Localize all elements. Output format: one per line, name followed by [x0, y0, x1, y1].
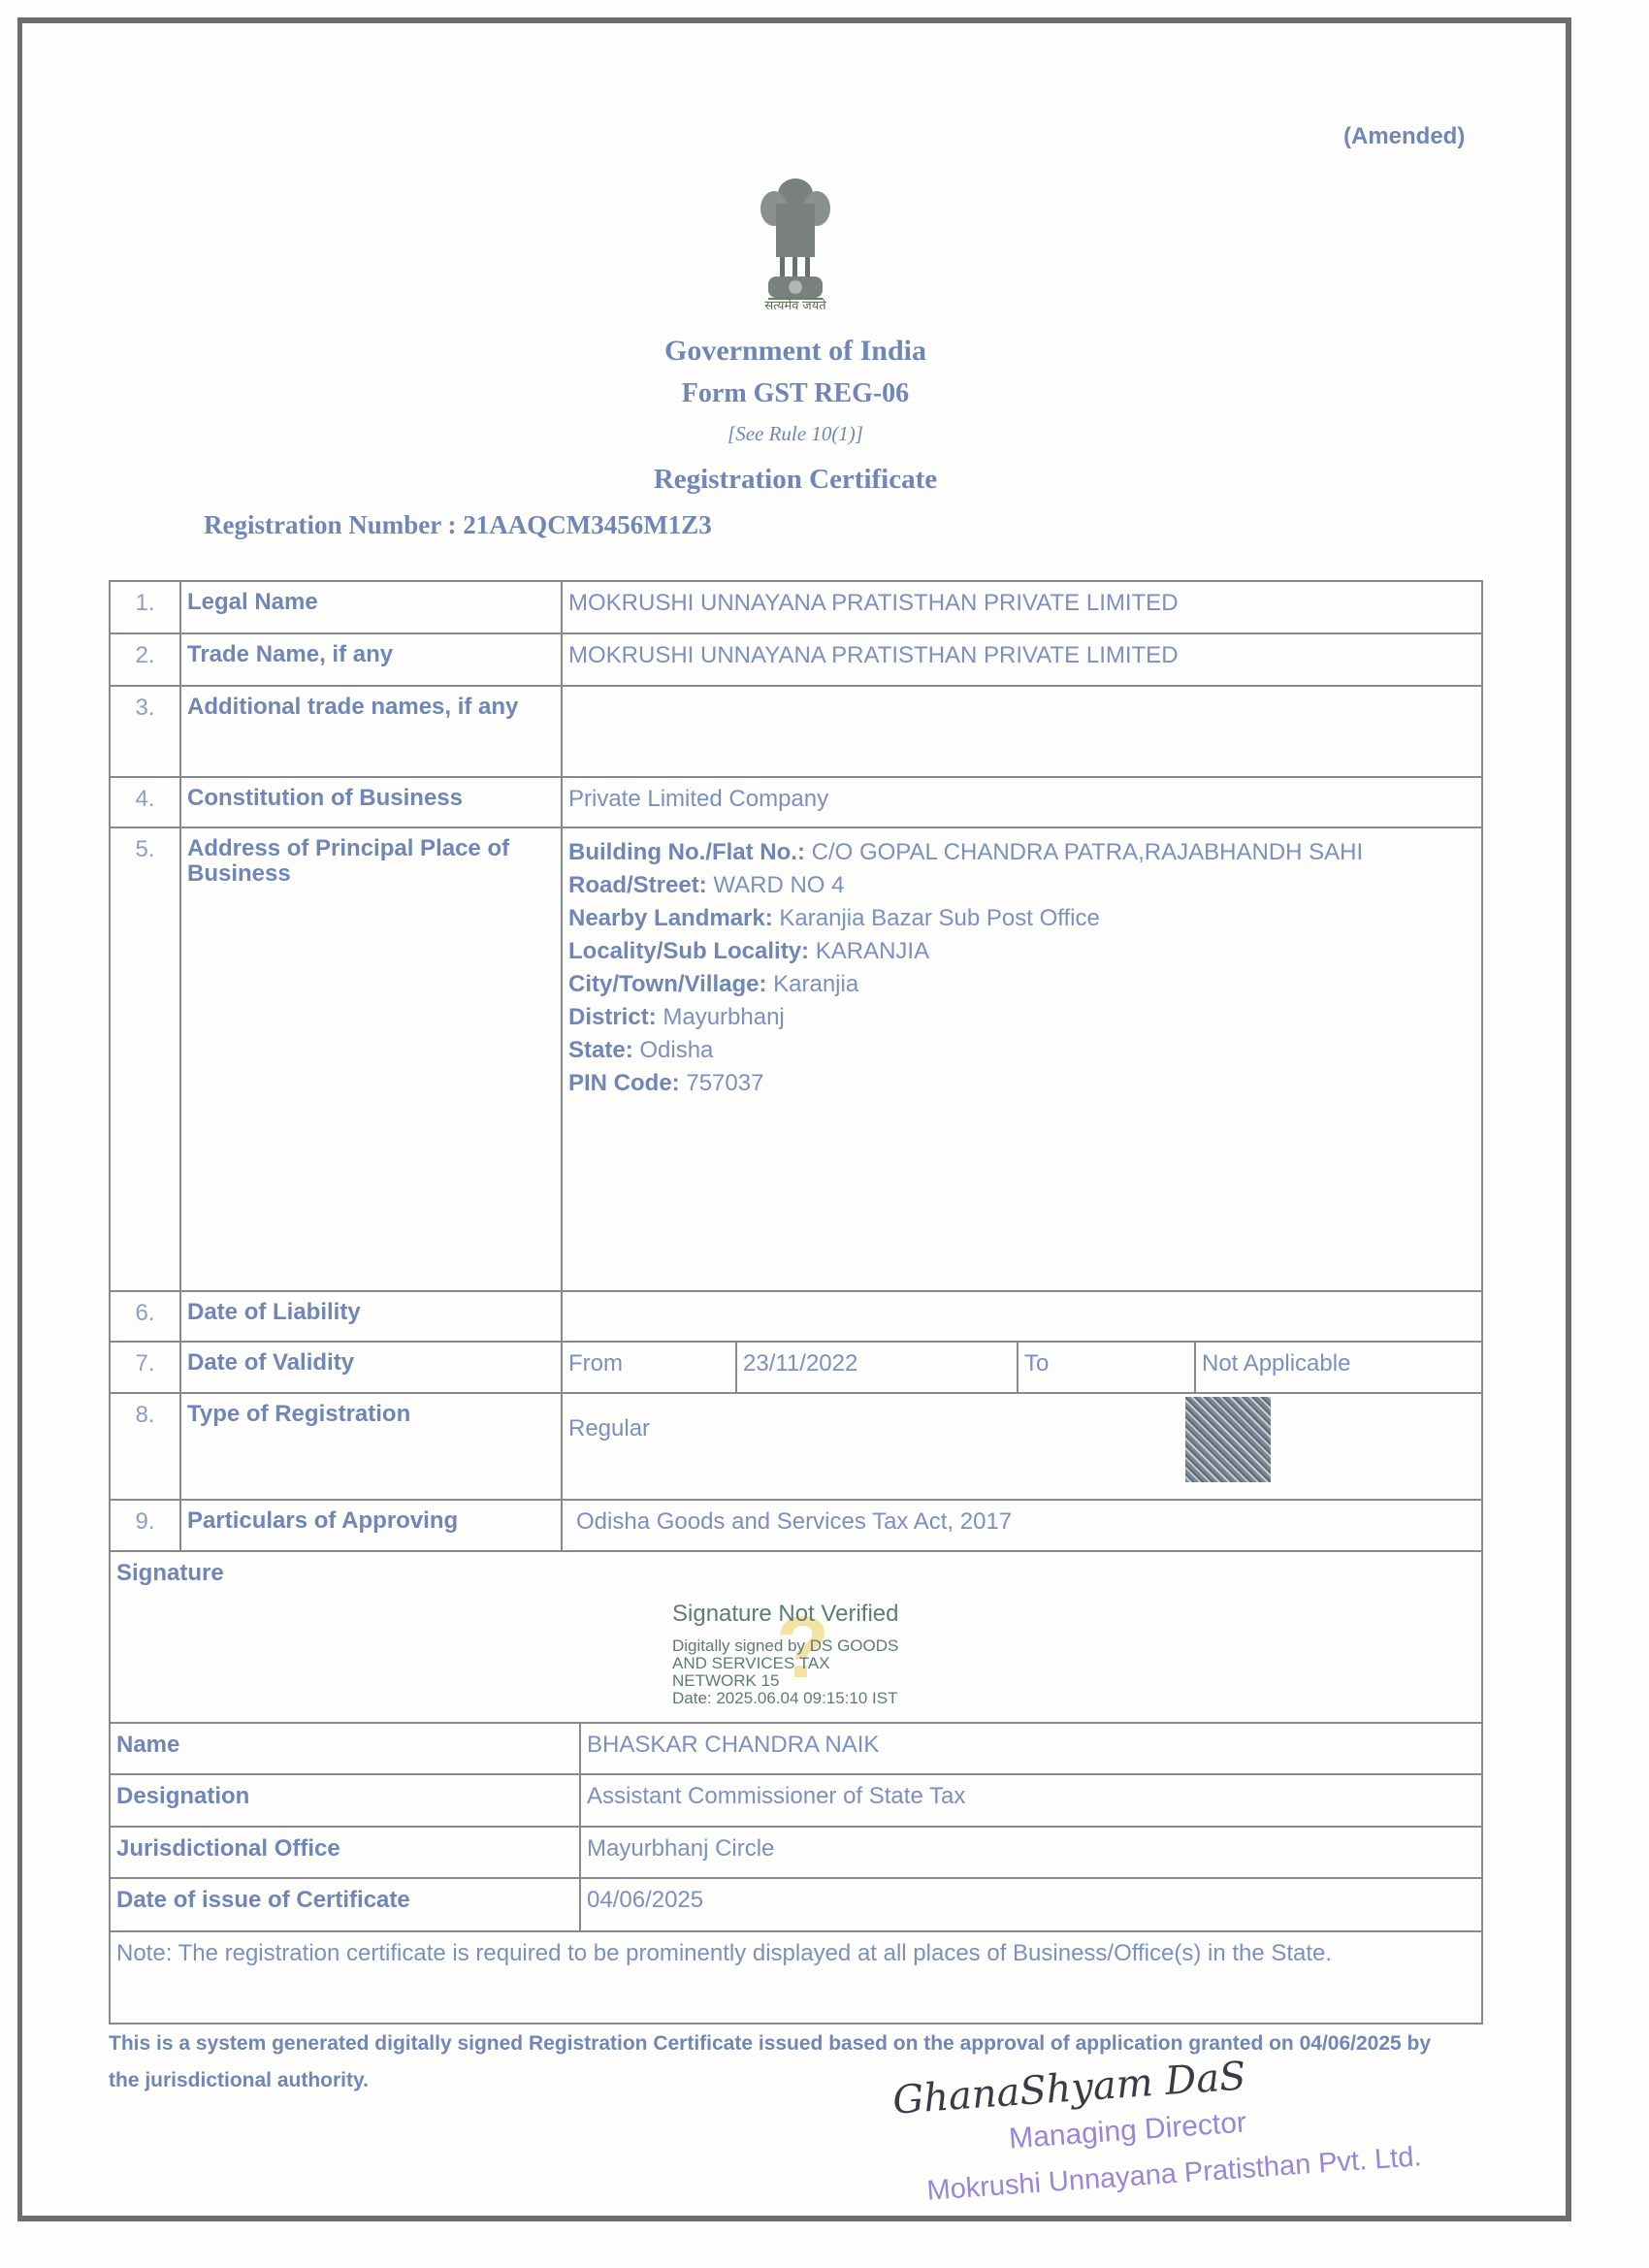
- row-label: Type of Registration: [180, 1393, 562, 1500]
- row-number: 5.: [110, 827, 180, 1291]
- table-row: Note: The registration certificate is re…: [110, 1931, 1482, 2024]
- row-number: 8.: [110, 1393, 180, 1500]
- row-number: 7.: [110, 1342, 180, 1393]
- address-line: PIN Code: 757037: [568, 1067, 1475, 1100]
- address-line: Nearby Landmark: Karanjia Bazar Sub Post…: [568, 902, 1475, 935]
- signature-detail: NETWORK 15: [672, 1672, 898, 1690]
- amended-label: (Amended): [1343, 123, 1465, 150]
- additional-trade-names-value: [562, 686, 1482, 777]
- display-note: Note: The registration certificate is re…: [110, 1931, 1482, 2024]
- row-label: Address of Principal Place of Business: [180, 827, 562, 1291]
- emblem-motto: सत्यमेव जयते: [747, 296, 844, 313]
- row-label: Trade Name, if any: [180, 633, 562, 686]
- signature-status: Signature Not Verified: [672, 1601, 898, 1628]
- date-of-liability-value: [562, 1291, 1482, 1342]
- row-label: Date of Liability: [180, 1291, 562, 1342]
- row-number: 6.: [110, 1291, 180, 1342]
- issue-date-value: 04/06/2025: [580, 1878, 1482, 1931]
- digital-signature-stamp: Signature Not Verified Digitally signed …: [672, 1601, 898, 1707]
- table-row: 7. Date of Validity From 23/11/2022 To N…: [110, 1342, 1482, 1393]
- officer-name-value: BHASKAR CHANDRA NAIK: [580, 1723, 1482, 1774]
- validity-to-date: Not Applicable: [1195, 1342, 1482, 1393]
- constitution-value: Private Limited Company: [562, 777, 1482, 827]
- signature-date: Date: 2025.06.04 09:15:10 IST: [672, 1690, 898, 1707]
- certificate-title: Registration Certificate: [0, 464, 1591, 496]
- address-line: City/Town/Village: Karanjia: [568, 968, 1475, 1001]
- jurisdictional-office-value: Mayurbhanj Circle: [580, 1827, 1482, 1878]
- row-label: Constitution of Business: [180, 777, 562, 827]
- table-row: 9. Particulars of Approving Odisha Goods…: [110, 1500, 1482, 1551]
- table-row: 6. Date of Liability: [110, 1291, 1482, 1342]
- designation-value: Assistant Commissioner of State Tax: [580, 1774, 1482, 1827]
- trade-name-value: MOKRUSHI UNNAYANA PRATISTHAN PRIVATE LIM…: [562, 633, 1482, 686]
- address-line: Building No./Flat No.: C/O GOPAL CHANDRA…: [568, 836, 1475, 869]
- jurisdictional-office-label: Jurisdictional Office: [110, 1827, 580, 1878]
- address-line: Road/Street: WARD NO 4: [568, 869, 1475, 902]
- issue-date-label: Date of issue of Certificate: [110, 1878, 580, 1931]
- registration-type-value: Regular: [562, 1393, 1482, 1500]
- signature-detail: AND SERVICES TAX: [672, 1655, 898, 1672]
- row-number: 4.: [110, 777, 180, 827]
- table-row: 4. Constitution of Business Private Limi…: [110, 777, 1482, 827]
- registration-details-table: 1. Legal Name MOKRUSHI UNNAYANA PRATISTH…: [109, 580, 1483, 1552]
- approving-act-value: Odisha Goods and Services Tax Act, 2017: [562, 1500, 1482, 1551]
- validity-to-label: To: [1018, 1342, 1195, 1393]
- validity-from-label: From: [562, 1342, 736, 1393]
- row-number: 3.: [110, 686, 180, 777]
- row-label: Legal Name: [180, 581, 562, 633]
- officer-details-table: Name BHASKAR CHANDRA NAIK Designation As…: [109, 1722, 1483, 2025]
- legal-name-value: MOKRUSHI UNNAYANA PRATISTHAN PRIVATE LIM…: [562, 581, 1482, 633]
- table-row: 8. Type of Registration Regular: [110, 1393, 1482, 1500]
- address-value: Building No./Flat No.: C/O GOPAL CHANDRA…: [562, 827, 1482, 1291]
- row-number: 1.: [110, 581, 180, 633]
- system-generated-footer: This is a system generated digitally sig…: [109, 2025, 1467, 2099]
- table-row: Name BHASKAR CHANDRA NAIK: [110, 1723, 1482, 1774]
- signature-detail: Digitally signed by DS GOODS: [672, 1637, 898, 1655]
- table-row: Designation Assistant Commissioner of St…: [110, 1774, 1482, 1827]
- government-heading: Government of India: [0, 335, 1591, 368]
- designation-label: Designation: [110, 1774, 580, 1827]
- rule-reference: [See Rule 10(1)]: [0, 422, 1591, 446]
- table-row: 5. Address of Principal Place of Busines…: [110, 827, 1482, 1291]
- address-line: Locality/Sub Locality: KARANJIA: [568, 935, 1475, 968]
- row-label: Date of Validity: [180, 1342, 562, 1393]
- table-row: Date of issue of Certificate 04/06/2025: [110, 1878, 1482, 1931]
- validity-from-date: 23/11/2022: [736, 1342, 1018, 1393]
- table-row: 1. Legal Name MOKRUSHI UNNAYANA PRATISTH…: [110, 581, 1482, 633]
- address-line: District: Mayurbhanj: [568, 1001, 1475, 1034]
- officer-name-label: Name: [110, 1723, 580, 1774]
- form-heading: Form GST REG-06: [0, 378, 1591, 409]
- row-label: Particulars of Approving: [180, 1500, 562, 1551]
- registration-number: Registration Number : 21AAQCM3456M1Z3: [204, 510, 712, 540]
- table-row: 2. Trade Name, if any MOKRUSHI UNNAYANA …: [110, 633, 1482, 686]
- table-row: 3. Additional trade names, if any: [110, 686, 1482, 777]
- row-label: Additional trade names, if any: [180, 686, 562, 777]
- table-row: Jurisdictional Office Mayurbhanj Circle: [110, 1827, 1482, 1878]
- row-number: 2.: [110, 633, 180, 686]
- row-number: 9.: [110, 1500, 180, 1551]
- address-line: State: Odisha: [568, 1034, 1475, 1067]
- qr-code: [1185, 1397, 1271, 1482]
